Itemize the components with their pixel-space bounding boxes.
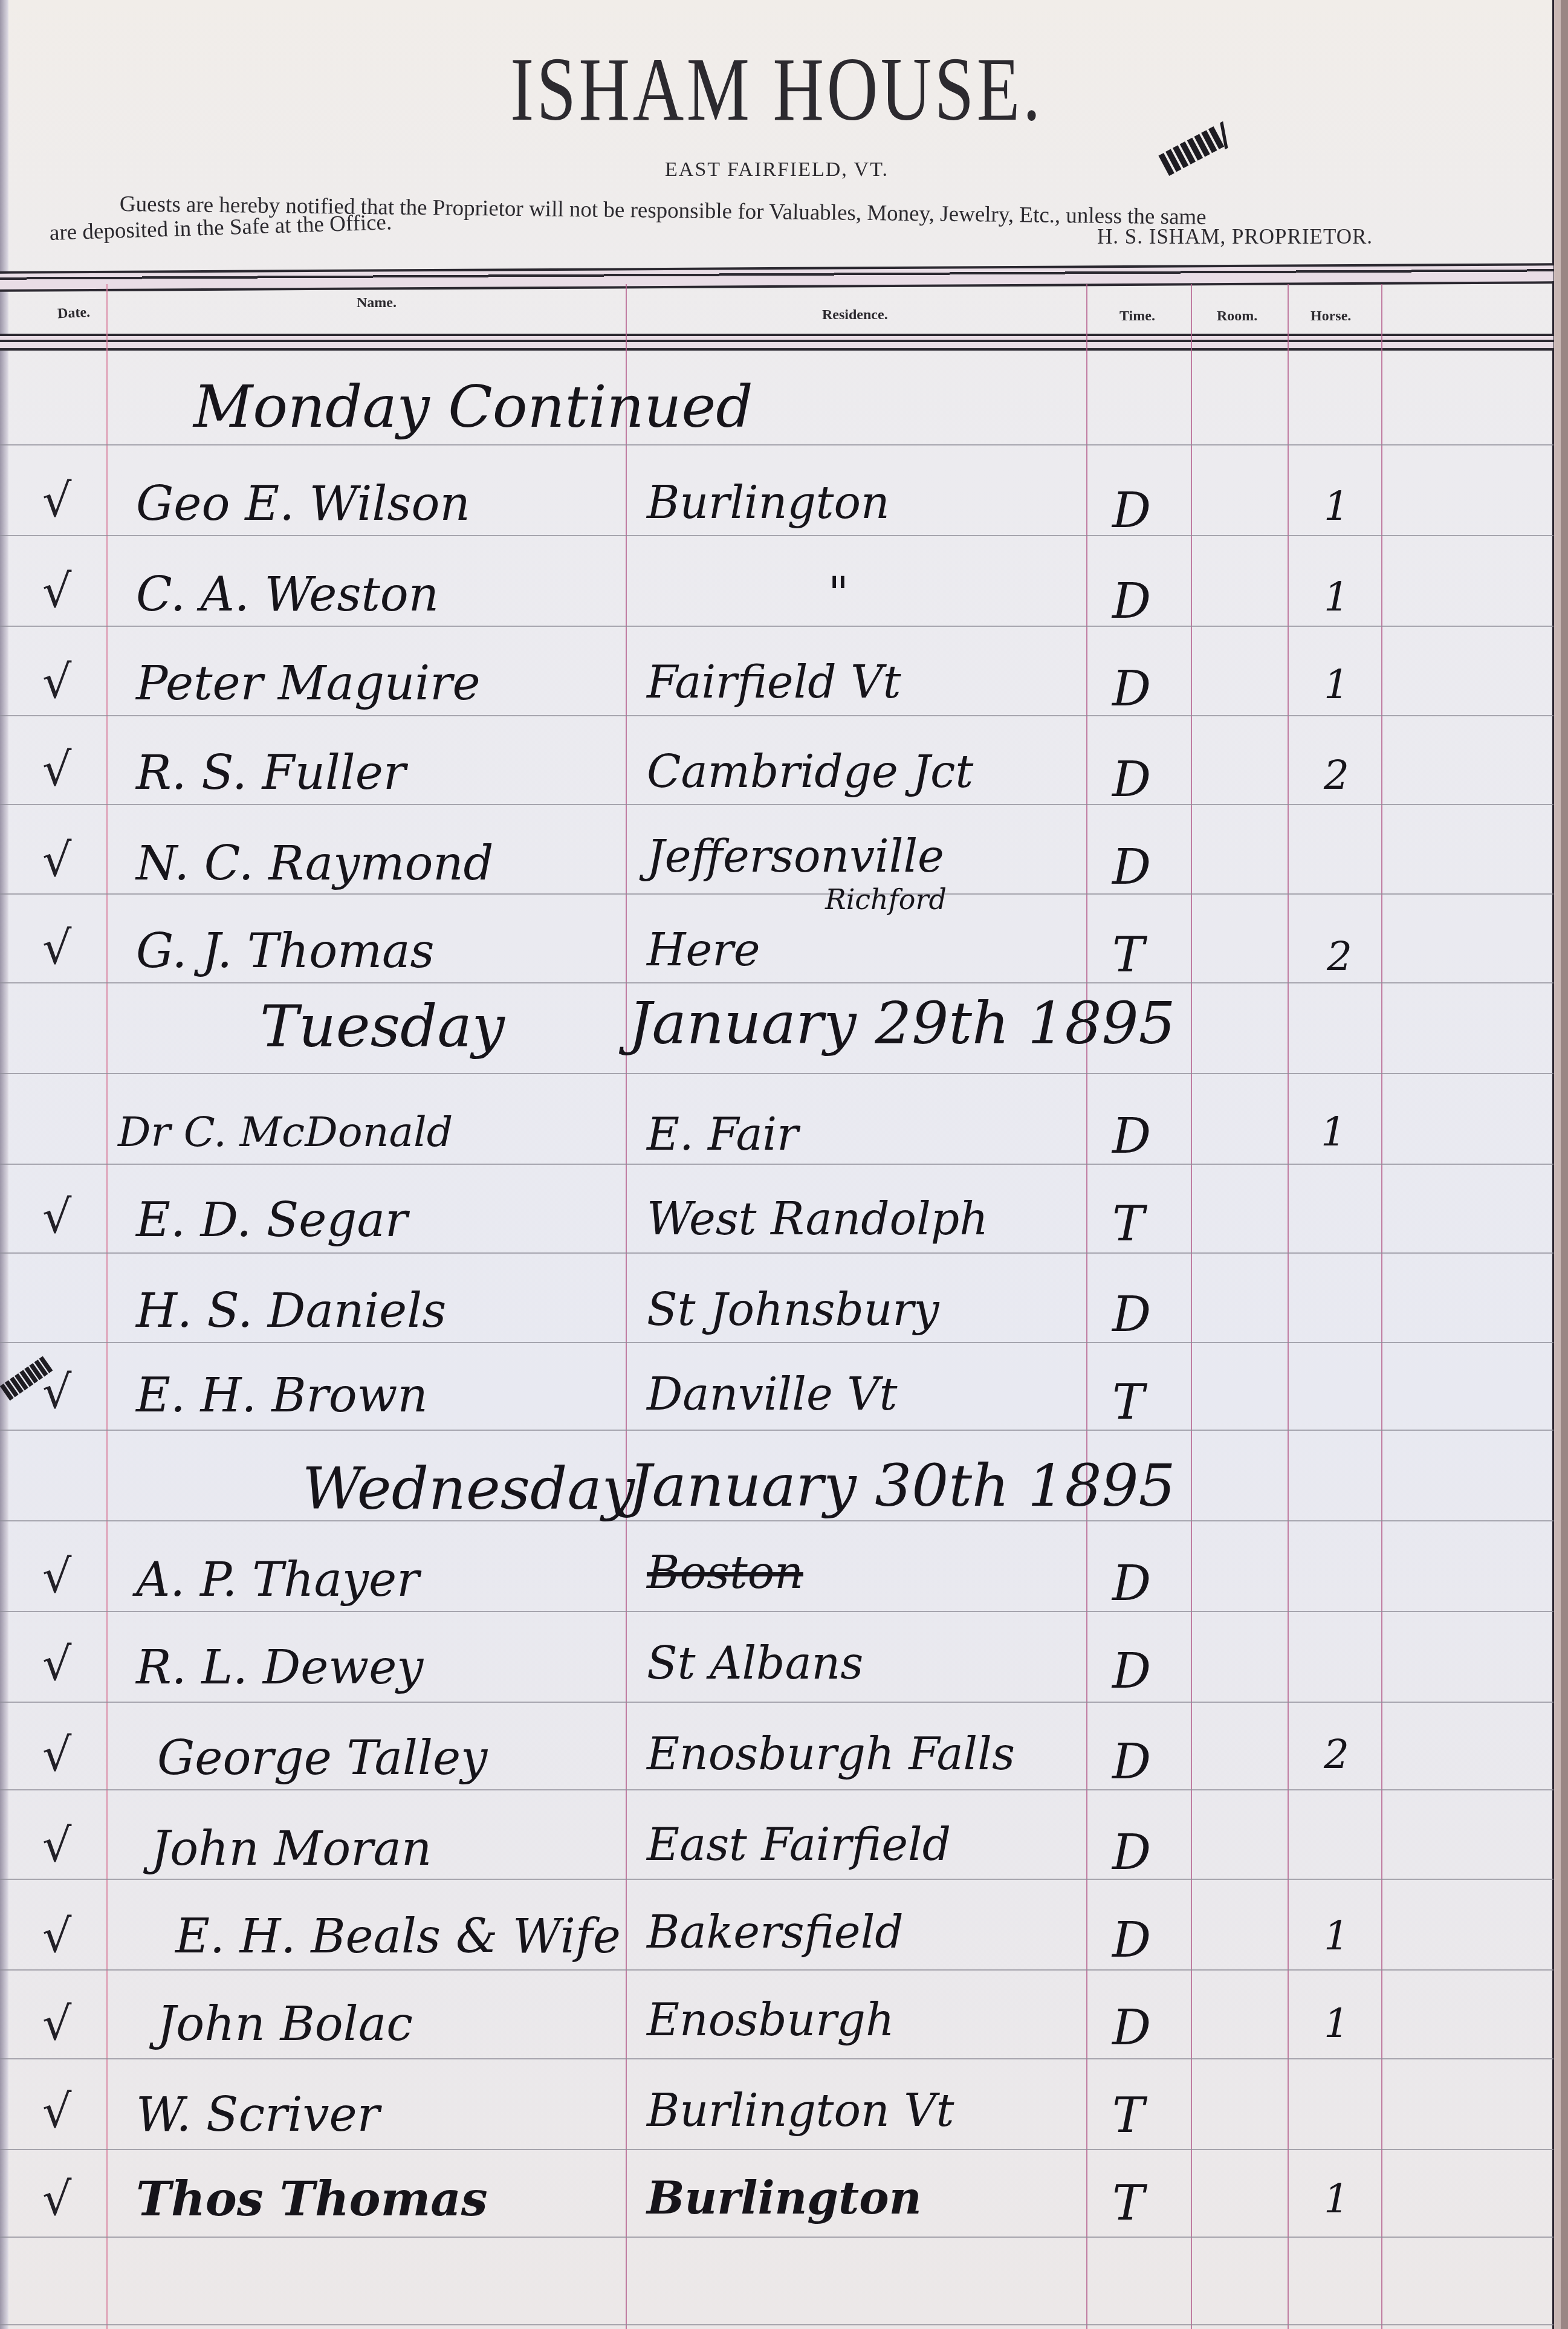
arrival-time: D (1112, 1560, 1151, 1608)
horse-count: 1 (1324, 2004, 1349, 2044)
check-mark: √ (42, 2001, 71, 2047)
guest-name: E. D. Segar (136, 1197, 407, 1244)
guest-name: George Talley (157, 1735, 487, 1782)
horse-count: 2 (1324, 756, 1349, 795)
guest-residence: " (828, 571, 849, 616)
guest-residence: Burlington Vt (647, 2088, 954, 2133)
guest-residence: East Fairfield (647, 1822, 951, 1867)
arrival-time: T (1112, 1200, 1144, 1248)
row-line (0, 1611, 1553, 1612)
header-rule-bottom (0, 334, 1553, 351)
column-horse: Horse. (1310, 308, 1351, 325)
row-line (0, 1073, 1553, 1074)
check-mark: √ (42, 1369, 71, 1415)
row-line (0, 626, 1553, 627)
rule-horse-extra (1381, 284, 1382, 2329)
arrival-time: D (1112, 1829, 1151, 1877)
arrival-time: D (1112, 756, 1151, 804)
check-mark: √ (42, 837, 71, 883)
guest-residence: Bakersfield (647, 1910, 904, 1955)
guest-residence: Jeffersonville (647, 834, 944, 879)
guest-name: Peter Maguire (136, 660, 481, 707)
rule-room-horse (1288, 284, 1289, 2329)
row-line (0, 1702, 1553, 1703)
hotel-location: EAST FAIRFIELD, VT. (0, 158, 1553, 181)
guest-residence: Burlington (647, 2176, 921, 2221)
row-line (0, 444, 1553, 445)
guest-name: John Moran (151, 1825, 432, 1873)
arrival-time: D (1112, 2004, 1151, 2052)
column-time: Time. (1119, 308, 1155, 325)
guest-name: Dr C. McDonald (118, 1112, 453, 1153)
column-residence: Residence. (822, 307, 888, 323)
arrival-time: T (1112, 2091, 1144, 2140)
check-mark: √ (42, 478, 71, 523)
guest-name: R. S. Fuller (136, 750, 406, 797)
guest-name: E. H. Brown (136, 1372, 428, 1419)
arrival-time: T (1112, 2179, 1144, 2227)
rule-residence-time (1086, 284, 1087, 2329)
guest-residence: West Randolph (647, 1197, 988, 1242)
guest-residence: St Johnsbury (647, 1288, 939, 1332)
guest-name: W. Scriver (136, 2091, 380, 2139)
row-line (0, 1969, 1553, 1971)
guest-name: Geo E. Wilson (136, 481, 470, 528)
check-mark: √ (42, 1732, 71, 1778)
guest-name: N. C. Raymond (136, 840, 494, 887)
proprietor-signature-line: H. S. ISHAM, PROPRIETOR. (1097, 225, 1373, 249)
guest-name: A. P. Thayer (136, 1556, 419, 1604)
row-line (0, 1252, 1553, 1254)
arrival-time: D (1112, 1112, 1151, 1161)
check-mark: √ (42, 1641, 71, 1687)
row-line (0, 1342, 1553, 1343)
date-heading-wednesday: January 30th 1895 (629, 1457, 1176, 1515)
arrival-time: D (1112, 577, 1151, 626)
arrival-time: D (1112, 1647, 1151, 1696)
horse-count: 1 (1324, 1916, 1349, 1956)
horse-count: 1 (1324, 577, 1349, 617)
guest-name: R. L. Dewey (136, 1644, 423, 1691)
arrival-time: D (1112, 487, 1151, 535)
arrival-time: T (1112, 931, 1144, 979)
check-mark: √ (42, 2176, 71, 2222)
rule-time-room (1191, 284, 1192, 2329)
day-heading-monday: Monday Continued (193, 378, 753, 436)
guest-name: G. J. Thomas (136, 928, 435, 975)
guest-name: H. S. Daniels (136, 1288, 446, 1335)
book-binding (1552, 0, 1568, 2329)
row-line (0, 1789, 1553, 1790)
arrival-time: D (1112, 1291, 1151, 1339)
guest-name: Thos Thomas (136, 2176, 488, 2223)
guest-residence: Fairfield Vt (647, 660, 901, 705)
arrival-time: T (1112, 1378, 1144, 1427)
horse-count: 1 (1324, 2179, 1349, 2219)
row-line (0, 2237, 1553, 2238)
arrival-time: D (1112, 665, 1151, 713)
row-line (0, 1520, 1553, 1521)
horse-count: 2 (1324, 1735, 1349, 1775)
guest-residence: Burlington (647, 481, 890, 525)
row-line (0, 2058, 1553, 2059)
check-mark: √ (42, 1822, 71, 1868)
check-mark: √ (42, 925, 71, 971)
check-mark: √ (42, 1553, 71, 1599)
row-line (0, 1430, 1553, 1431)
check-mark: √ (42, 747, 71, 792)
arrival-time: D (1112, 1738, 1151, 1786)
check-mark: √ (42, 1913, 71, 1959)
row-line (0, 1164, 1553, 1165)
guest-residence: Danville Vt (647, 1372, 897, 1417)
rule-date-name (106, 284, 108, 2329)
column-date: Date. (57, 305, 90, 323)
check-mark: √ (42, 568, 71, 614)
guest-name: E. H. Beals & Wife (175, 1913, 621, 1960)
row-line (0, 2149, 1553, 2150)
guest-name: C. A. Weston (136, 571, 439, 618)
arrival-time: D (1112, 1916, 1151, 1965)
rule-name-residence (626, 284, 627, 2329)
horse-count: 1 (1324, 487, 1349, 526)
row-line (0, 2324, 1553, 2325)
guest-residence: Cambridge Jct (647, 750, 973, 794)
row-line (0, 893, 1553, 895)
date-heading-tuesday: January 29th 1895 (629, 994, 1176, 1052)
guest-residence: St Albans (647, 1641, 863, 1686)
check-mark: √ (42, 1194, 71, 1240)
guest-residence: Enosburgh (647, 1998, 895, 2042)
horse-count: 1 (1324, 665, 1349, 705)
check-mark: √ (42, 659, 71, 705)
row-line (0, 535, 1553, 536)
day-heading-wednesday: Wednesday (302, 1460, 635, 1518)
check-mark: √ (42, 2088, 71, 2134)
residence-annotation: Richford (825, 886, 947, 913)
guest-name: John Bolac (157, 2001, 413, 2048)
column-name: Name. (357, 295, 397, 311)
arrival-time: D (1112, 843, 1151, 892)
hotel-title: ISHAM HOUSE. (171, 37, 1383, 141)
guest-residence: E. Fair (647, 1112, 799, 1157)
guest-residence: Boston (647, 1550, 803, 1595)
column-room: Room. (1217, 308, 1257, 325)
row-line (0, 804, 1553, 805)
guest-residence: Enosburgh Falls (647, 1732, 1015, 1777)
horse-count: 1 (1321, 1112, 1346, 1152)
row-line (0, 715, 1553, 716)
row-line (0, 1879, 1553, 1880)
guest-residence: Here (647, 928, 760, 973)
day-heading-tuesday: Tuesday (260, 997, 505, 1055)
horse-count: 2 (1327, 937, 1352, 977)
row-line (0, 982, 1553, 983)
